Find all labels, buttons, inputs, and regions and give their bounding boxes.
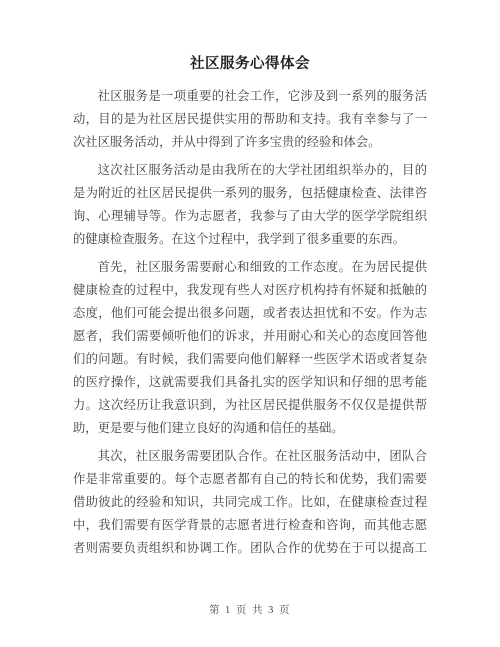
- text-line: 中，我们需要有医学背景的志愿者进行检查和咨询，而其他志愿: [73, 514, 427, 537]
- text-line: 首先，社区服务需要耐心和细致的工作态度。在为居民提供: [73, 256, 427, 279]
- text-line: 社区服务是一项重要的社会工作，它涉及到一系列的服务活: [73, 85, 427, 108]
- paragraph: 首先，社区服务需要耐心和细致的工作态度。在为居民提供健康检查的过程中，我发现有些…: [73, 256, 427, 440]
- text-line: 助，更是要与他们建立良好的沟通和信任的基础。: [73, 417, 427, 440]
- text-line: 次社区服务活动，并从中得到了许多宝贵的经验和体会。: [73, 131, 427, 154]
- text-line: 其次，社区服务需要团队合作。在社区服务活动中，团队合: [73, 445, 427, 468]
- text-line: 者则需要负责组织和协调工作。团队合作的优势在于可以提高工: [73, 537, 427, 560]
- paragraph: 这次社区服务活动是由我所在的大学社团组织举办的，目的是为附近的社区居民提供一系列…: [73, 159, 427, 251]
- text-line: 们的问题。有时候，我们需要向他们解释一些医学术语或者复杂: [73, 348, 427, 371]
- page-number-footer: 第 1 页 共 3 页: [0, 603, 500, 619]
- text-line: 的健康检查服务。在这个过程中，我学到了很多重要的东西。: [73, 228, 427, 251]
- document-body: 社区服务是一项重要的社会工作，它涉及到一系列的服务活动，目的是为社区居民提供实用…: [73, 85, 427, 560]
- paragraph: 其次，社区服务需要团队合作。在社区服务活动中，团队合作是非常重要的。每个志愿者都…: [73, 445, 427, 560]
- document-page: 社区服务心得体会 社区服务是一项重要的社会工作，它涉及到一系列的服务活动，目的是…: [0, 0, 500, 647]
- document-title: 社区服务心得体会: [0, 0, 500, 75]
- text-line: 作是非常重要的。每个志愿者都有自己的特长和优势，我们需要: [73, 468, 427, 491]
- text-line: 动，目的是为社区居民提供实用的帮助和支持。我有幸参与了一: [73, 108, 427, 131]
- text-line: 借助彼此的经验和知识，共同完成工作。比如，在健康检查过程: [73, 491, 427, 514]
- text-line: 愿者，我们需要倾听他们的诉求，并用耐心和关心的态度回答他: [73, 325, 427, 348]
- text-line: 态度，他们可能会提出很多问题，或者表达担忧和不安。作为志: [73, 302, 427, 325]
- paragraph: 社区服务是一项重要的社会工作，它涉及到一系列的服务活动，目的是为社区居民提供实用…: [73, 85, 427, 154]
- text-line: 询、心理辅导等。作为志愿者，我参与了由大学的医学学院组织: [73, 205, 427, 228]
- text-line: 是为附近的社区居民提供一系列的服务，包括健康检查、法律咨: [73, 182, 427, 205]
- text-line: 健康检查的过程中，我发现有些人对医疗机构持有怀疑和抵触的: [73, 279, 427, 302]
- text-line: 的医疗操作，这就需要我们具备扎实的医学知识和仔细的思考能: [73, 371, 427, 394]
- text-line: 这次社区服务活动是由我所在的大学社团组织举办的，目的: [73, 159, 427, 182]
- text-line: 力。这次经历让我意识到，为社区居民提供服务不仅仅是提供帮: [73, 394, 427, 417]
